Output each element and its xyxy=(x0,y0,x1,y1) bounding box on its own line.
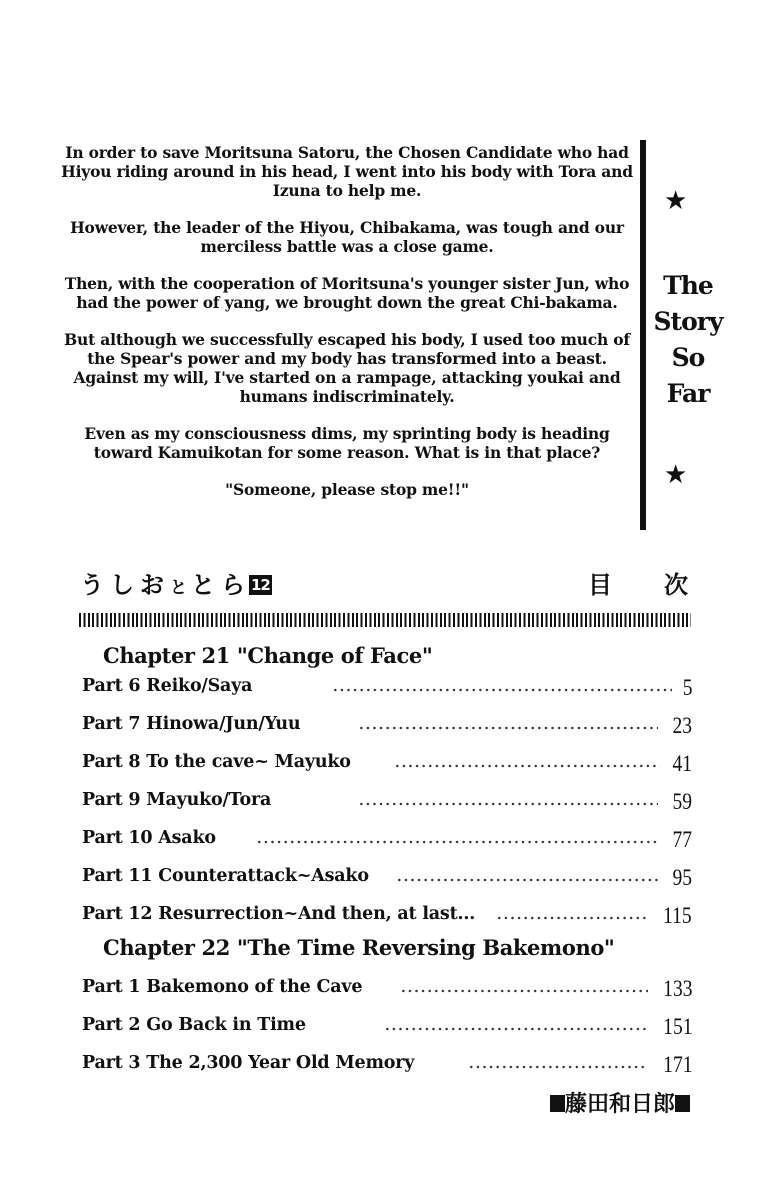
story-paragraph: But although we successfully escaped his… xyxy=(58,330,636,406)
entry-label: Part 9 Mayuko/Tora xyxy=(82,787,271,813)
toc-entry[interactable]: Part 8 To the cave~ Mayuko 41 xyxy=(82,749,692,775)
series-title-part: と xyxy=(170,578,191,598)
story-so-far-heading: The Story So Far xyxy=(648,268,728,412)
entry-page: 115 xyxy=(663,903,692,929)
toc-entry[interactable]: Part 2 Go Back in Time 151 xyxy=(82,1012,692,1038)
toc-entry[interactable]: Part 11 Counterattack~Asako 95 xyxy=(82,863,692,889)
vertical-divider xyxy=(640,140,646,530)
decorative-tick-rule xyxy=(79,613,691,627)
author-credit: 藤田和日郎 xyxy=(550,1091,690,1119)
toc-entry[interactable]: Part 7 Hinowa/Jun/Yuu 23 xyxy=(82,711,692,737)
dot-leader xyxy=(394,749,660,775)
chapter-heading: Chapter 22 "The Time Reversing Bakemono" xyxy=(103,935,614,961)
entry-page: 151 xyxy=(663,1014,692,1040)
story-so-far-text: In order to save Moritsuna Satoru, the C… xyxy=(58,143,636,517)
dot-leader xyxy=(400,974,648,1000)
dot-leader xyxy=(384,1012,648,1038)
heading-line: Story xyxy=(648,304,728,340)
volume-badge: 12 xyxy=(249,575,272,595)
black-square-icon xyxy=(550,1095,565,1112)
entry-page: 41 xyxy=(672,751,692,777)
black-square-icon xyxy=(675,1095,690,1112)
story-paragraph: Then, with the cooperation of Moritsuna'… xyxy=(58,274,636,312)
entry-label: Part 7 Hinowa/Jun/Yuu xyxy=(82,711,300,737)
entry-page: 95 xyxy=(672,865,692,891)
toc-entry[interactable]: Part 9 Mayuko/Tora 59 xyxy=(82,787,692,813)
star-icon: ★ xyxy=(664,462,687,488)
entry-label: Part 2 Go Back in Time xyxy=(82,1012,306,1038)
toc-entry[interactable]: Part 1 Bakemono of the Cave 133 xyxy=(82,974,692,1000)
entry-label: Part 10 Asako xyxy=(82,825,216,851)
heading-line: The xyxy=(648,268,728,304)
contents-label: 目 xyxy=(588,570,612,600)
toc-entry[interactable]: Part 3 The 2,300 Year Old Memory 171 xyxy=(82,1050,692,1076)
entry-label: Part 11 Counterattack~Asako xyxy=(82,863,369,889)
series-title-part: うしお xyxy=(80,571,170,599)
story-quote: "Someone, please stop me!!" xyxy=(58,480,636,499)
story-paragraph: Even as my consciousness dims, my sprint… xyxy=(58,424,636,462)
dot-leader xyxy=(332,673,672,699)
dot-leader xyxy=(256,825,658,851)
entry-label: Part 1 Bakemono of the Cave xyxy=(82,974,362,1000)
entry-label: Part 8 To the cave~ Mayuko xyxy=(82,749,351,775)
dot-leader xyxy=(496,901,648,927)
series-title: うしおととら12 xyxy=(80,570,272,603)
star-icon: ★ xyxy=(664,188,687,214)
entry-label: Part 3 The 2,300 Year Old Memory xyxy=(82,1050,414,1076)
dot-leader xyxy=(358,787,658,813)
dot-leader xyxy=(468,1050,648,1076)
contents-label: 次 xyxy=(664,570,688,600)
heading-line: So Far xyxy=(648,340,728,412)
entry-page: 23 xyxy=(672,713,692,739)
dot-leader xyxy=(358,711,658,737)
series-title-part: とら xyxy=(191,571,251,599)
entry-page: 77 xyxy=(672,827,692,853)
entry-page: 5 xyxy=(682,675,692,701)
toc-entry[interactable]: Part 10 Asako 77 xyxy=(82,825,692,851)
dot-leader xyxy=(396,863,660,889)
story-paragraph: However, the leader of the Hiyou, Chibak… xyxy=(58,218,636,256)
toc-entry[interactable]: Part 6 Reiko/Saya 5 xyxy=(82,673,692,699)
entry-label: Part 6 Reiko/Saya xyxy=(82,673,252,699)
entry-page: 171 xyxy=(663,1052,692,1078)
entry-label: Part 12 Resurrection~And then, at last..… xyxy=(82,901,475,927)
author-name: 藤田和日郎 xyxy=(565,1092,675,1117)
entry-page: 133 xyxy=(663,976,692,1002)
chapter-heading: Chapter 21 "Change of Face" xyxy=(103,643,432,669)
toc-entry[interactable]: Part 12 Resurrection~And then, at last..… xyxy=(82,901,692,927)
story-paragraph: In order to save Moritsuna Satoru, the C… xyxy=(58,143,636,200)
entry-page: 59 xyxy=(672,789,692,815)
